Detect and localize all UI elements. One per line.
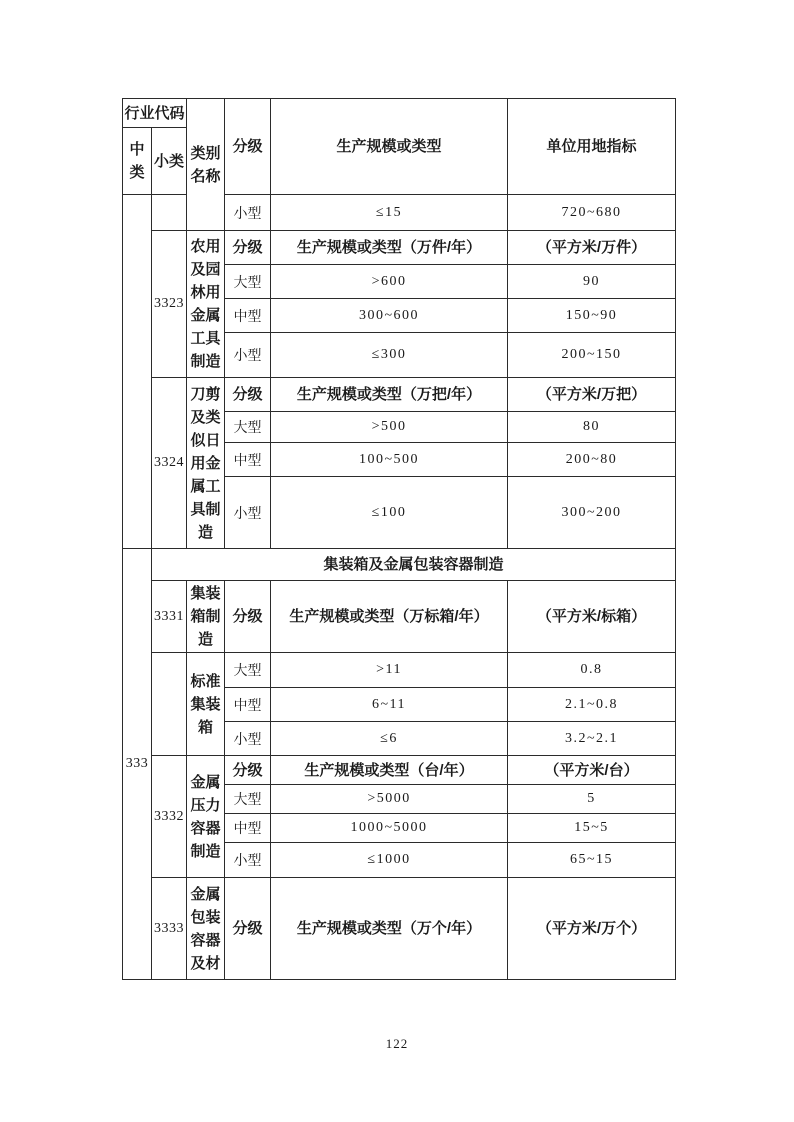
grade-cell: 中型 <box>225 443 271 477</box>
scale-cell: ≤300 <box>271 333 508 378</box>
category-cell-3333: 金属包装容器及材 <box>187 878 225 980</box>
indicator-cell: 15~5 <box>508 814 676 843</box>
grade-cell: 小型 <box>225 333 271 378</box>
indicator-cell: 90 <box>508 265 676 299</box>
scale-cell: >600 <box>271 265 508 299</box>
grade-label-3333: 分级 <box>225 878 271 980</box>
scale-cell: 6~11 <box>271 688 508 722</box>
carryover-grade-cell: 小型 <box>225 195 271 231</box>
cell-smallclass-blank <box>152 195 187 231</box>
indicator-cell: 5 <box>508 785 676 814</box>
grade-label-3331: 分级 <box>225 581 271 653</box>
scale-cell: 100~500 <box>271 443 508 477</box>
group-header-333: 集装箱及金属包装容器制造 <box>152 549 676 581</box>
category-cell-3331: 集装箱制造 <box>187 581 225 653</box>
carryover-scale-cell: ≤15 <box>271 195 508 231</box>
scale-header-3323: 生产规模或类型（万件/年） <box>271 231 508 265</box>
grade-cell: 小型 <box>225 477 271 549</box>
indicator-cell: 65~15 <box>508 843 676 878</box>
indicator-cell: 2.1~0.8 <box>508 688 676 722</box>
scale-header-3324: 生产规模或类型（万把/年） <box>271 378 508 412</box>
indicator-header-3332: （平方米/台） <box>508 756 676 785</box>
scale-cell: >11 <box>271 653 508 688</box>
indicator-header-3331: （平方米/标箱） <box>508 581 676 653</box>
indicator-header-3333: （平方米/万个） <box>508 878 676 980</box>
header-grade: 分级 <box>225 99 271 195</box>
grade-cell: 中型 <box>225 299 271 333</box>
indicator-cell: 0.8 <box>508 653 676 688</box>
header-scale-type: 生产规模或类型 <box>271 99 508 195</box>
indicator-cell: 3.2~2.1 <box>508 722 676 756</box>
scale-cell: 1000~5000 <box>271 814 508 843</box>
grade-cell: 大型 <box>225 785 271 814</box>
indicator-cell: 80 <box>508 412 676 443</box>
category-cell-3323: 农用及园林用金属工具制造 <box>187 231 225 378</box>
header-land-indicator: 单位用地指标 <box>508 99 676 195</box>
code-cell-3333: 3333 <box>152 878 187 980</box>
grade-label-3324: 分级 <box>225 378 271 412</box>
category-cell-3324: 刀剪及类似日用金属工具制造 <box>187 378 225 549</box>
grade-label-3323: 分级 <box>225 231 271 265</box>
header-small-class: 小类 <box>152 128 187 195</box>
grade-cell: 中型 <box>225 814 271 843</box>
grade-cell: 中型 <box>225 688 271 722</box>
code-cell-3323: 3323 <box>152 231 187 378</box>
indicator-header-3324: （平方米/万把） <box>508 378 676 412</box>
header-mid-class: 中类 <box>123 128 152 195</box>
code-cell-3332: 3332 <box>152 756 187 878</box>
code-cell-3331: 3331 <box>152 581 187 653</box>
scale-cell: 300~600 <box>271 299 508 333</box>
table-row: 标准集装箱 大型 >11 0.8 <box>123 653 676 688</box>
scale-cell: ≤1000 <box>271 843 508 878</box>
category-cell-std-container: 标准集装箱 <box>187 653 225 756</box>
grade-cell: 大型 <box>225 412 271 443</box>
header-industry-code: 行业代码 <box>123 99 187 128</box>
grade-label-3332: 分级 <box>225 756 271 785</box>
scale-cell: ≤6 <box>271 722 508 756</box>
scale-cell: >500 <box>271 412 508 443</box>
scale-cell: >5000 <box>271 785 508 814</box>
indicator-cell: 150~90 <box>508 299 676 333</box>
grade-cell: 小型 <box>225 722 271 756</box>
code-cell-3324: 3324 <box>152 378 187 549</box>
carryover-indicator-cell: 720~680 <box>508 195 676 231</box>
header-category-name: 类别名称 <box>187 99 225 231</box>
grade-cell: 小型 <box>225 843 271 878</box>
scale-header-3333: 生产规模或类型（万个/年） <box>271 878 508 980</box>
category-cell-3332: 金属压力容器制造 <box>187 756 225 878</box>
industry-land-use-table: 行业代码 类别名称 分级 生产规模或类型 单位用地指标 中类 小类 小型 ≤15… <box>122 98 676 980</box>
grade-cell: 大型 <box>225 265 271 299</box>
scale-cell: ≤100 <box>271 477 508 549</box>
scale-header-3332: 生产规模或类型（台/年） <box>271 756 508 785</box>
mid-class-code-333: 333 <box>123 549 152 980</box>
document-page: 行业代码 类别名称 分级 生产规模或类型 单位用地指标 中类 小类 小型 ≤15… <box>0 0 794 1122</box>
cell-midclass-blank <box>123 195 152 549</box>
indicator-cell: 200~150 <box>508 333 676 378</box>
scale-header-3331: 生产规模或类型（万标箱/年） <box>271 581 508 653</box>
cell-smallclass-blank <box>152 653 187 756</box>
indicator-cell: 200~80 <box>508 443 676 477</box>
grade-cell: 大型 <box>225 653 271 688</box>
page-number: 122 <box>0 1036 794 1052</box>
indicator-header-3323: （平方米/万件） <box>508 231 676 265</box>
indicator-cell: 300~200 <box>508 477 676 549</box>
